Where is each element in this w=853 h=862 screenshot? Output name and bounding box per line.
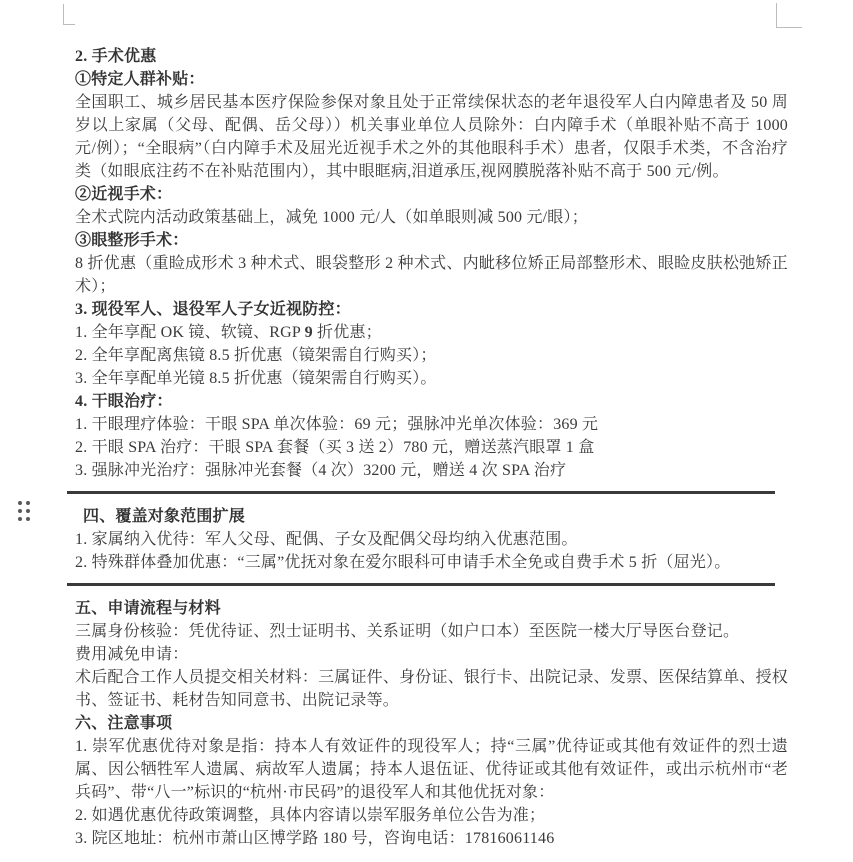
list-item-dry-eye-spa-trial: 1. 干眼理疗体验：干眼 SPA 单次体验：69 元；强脉冲光单次体验：369 … bbox=[75, 413, 788, 436]
heading-coverage-expansion: 四、覆盖对象范围扩展 bbox=[75, 505, 788, 528]
ok-lens-bold-nine: 9 bbox=[305, 324, 313, 341]
para-note-eligibility: 1. 崇军优惠优待对象是指：持本人有效证件的现役军人；持“三属”优待证或其他有效… bbox=[75, 735, 788, 804]
section-divider-top bbox=[67, 491, 775, 494]
heading-eye-plastic-surgery: ③眼整形手术： bbox=[75, 229, 788, 252]
drag-dot bbox=[18, 501, 22, 505]
list-item-family-inclusion: 1. 家属纳入优待：军人父母、配偶、子女及配偶父母均纳入优惠范围。 bbox=[75, 528, 788, 551]
heading-application-process: 五、申请流程与材料 bbox=[75, 597, 788, 620]
para-identity-verification: 三属身份核验：凭优待证、烈士证明书、关系证明（如户口本）至医院一楼大厅导医台登记… bbox=[75, 620, 788, 643]
para-special-group-subsidy: 全国职工、城乡居民基本医疗保险参保对象且处于正常续保状态的老年退役军人白内障患者… bbox=[75, 91, 788, 183]
ok-lens-text-pre: 1. 全年享配 OK 镜、软镜、RGP bbox=[75, 324, 305, 341]
section-divider-bottom bbox=[67, 583, 775, 586]
drag-dot bbox=[26, 509, 30, 513]
para-eye-plastic-surgery: 8 折优惠（重睑成形术 3 种术式、眼袋整形 2 种术式、内眦移位矫正局部整形术… bbox=[75, 252, 788, 298]
list-item-ok-lens: 1. 全年享配 OK 镜、软镜、RGP 9 折优惠； bbox=[75, 321, 788, 344]
list-item-defocus-lens: 2. 全年享配离焦镜 8.5 折优惠（镜架需自行购买）； bbox=[75, 344, 788, 367]
list-item-ipl-treatment: 3. 强脉冲光治疗：强脉冲光套餐（4 次）3200 元，赠送 4 次 SPA 治… bbox=[75, 459, 788, 482]
margin-corner-mark-top-right bbox=[776, 3, 802, 28]
document-content: 2. 手术优惠 ①特定人群补贴： 全国职工、城乡居民基本医疗保险参保对象且处于正… bbox=[75, 45, 788, 850]
para-note-address-phone: 3. 院区地址：杭州市萧山区博学路 180 号，咨询电话：17816061146 bbox=[75, 827, 788, 850]
heading-myopia-surgery: ②近视手术： bbox=[75, 183, 788, 206]
ok-lens-text-post: 折优惠； bbox=[313, 324, 382, 341]
list-item-single-vision-lens: 3. 全年享配单光镜 8.5 折优惠（镜架需自行购买）。 bbox=[75, 367, 788, 390]
drag-dot bbox=[18, 517, 22, 521]
para-post-surgery-materials: 术后配合工作人员提交相关材料：三属证件、身份证、银行卡、出院记录、发票、医保结算… bbox=[75, 666, 788, 712]
list-item-special-group-stacking: 2. 特殊群体叠加优惠：“三属”优抚对象在爱尔眼科可申请手术全免或自费手术 5 … bbox=[75, 551, 788, 574]
heading-dry-eye-treatment: 4. 干眼治疗： bbox=[75, 390, 788, 413]
para-myopia-surgery: 全术式院内活动政策基础上，减免 1000 元/人（如单眼则减 500 元/眼）； bbox=[75, 206, 788, 229]
heading-children-myopia-prevention: 3. 现役军人、退役军人子女近视防控： bbox=[75, 298, 788, 321]
drag-dot bbox=[26, 517, 30, 521]
heading-notes: 六、注意事项 bbox=[75, 712, 788, 735]
drag-dot bbox=[26, 501, 30, 505]
list-item-dry-eye-spa-package: 2. 干眼 SPA 治疗：干眼 SPA 套餐（买 3 送 2）780 元，赠送蒸… bbox=[75, 436, 788, 459]
para-note-policy-change: 2. 如遇优惠优待政策调整，具体内容请以崇军服务单位公告为准； bbox=[75, 804, 788, 827]
heading-special-group-subsidy: ①特定人群补贴： bbox=[75, 68, 788, 91]
block-drag-handle-icon[interactable] bbox=[18, 501, 30, 521]
para-fee-reduction-application: 费用减免申请： bbox=[75, 643, 788, 666]
heading-surgery-discount: 2. 手术优惠 bbox=[75, 45, 788, 68]
drag-dot bbox=[18, 509, 22, 513]
margin-corner-mark-top-left bbox=[63, 4, 75, 25]
